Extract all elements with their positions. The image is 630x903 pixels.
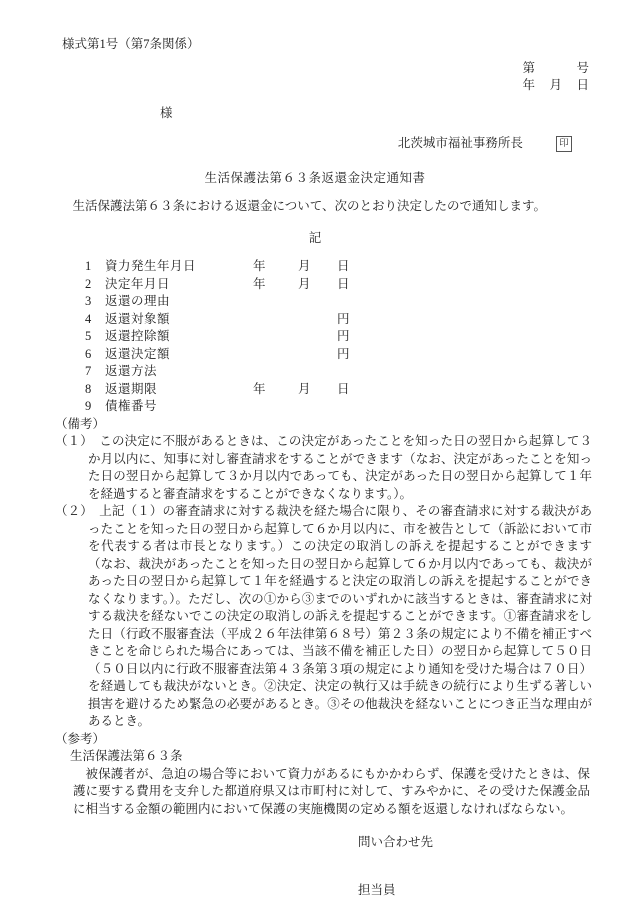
item-label: 返還期限 xyxy=(105,381,157,399)
item-label: 資力発生年月日 xyxy=(105,258,196,276)
item-day-unit: 日 xyxy=(337,381,350,399)
item-row-reason: 3 返還の理由 xyxy=(0,293,630,311)
item-label: 決定年月日 xyxy=(105,276,170,294)
document-title: 生活保護法第６３条返還金決定通知書 xyxy=(0,170,630,188)
item-day-unit: 日 xyxy=(337,276,350,294)
remark-paragraph-1: （１） この決定に不服があるときは、この決定があったことを知った日の翌日から起算… xyxy=(88,433,592,503)
document-number-line: 第 号 xyxy=(0,60,630,78)
item-row-deduction-amount: 5 返還控除額 円 xyxy=(0,328,630,346)
item-label: 返還対象額 xyxy=(105,311,170,329)
item-row-decided-amount: 6 返還決定額 円 xyxy=(0,346,630,364)
remark-paragraph-2: （２） 上記（１）の審査請求に対する裁決を経た場合に限り、その審査請求に対する裁… xyxy=(88,503,592,731)
item-number: 8 xyxy=(85,381,91,399)
item-label: 返還方法 xyxy=(105,363,157,381)
item-yen-unit: 円 xyxy=(337,311,350,329)
item-number: 6 xyxy=(85,346,91,364)
item-row-target-amount: 4 返還対象額 円 xyxy=(0,311,630,329)
item-row-method: 7 返還方法 xyxy=(0,363,630,381)
item-year-unit: 年 xyxy=(253,276,266,294)
issuer-name: 北茨城市福祉事務所長 xyxy=(398,136,523,150)
item-month-unit: 月 xyxy=(298,258,311,276)
contact-label: 問い合わせ先 xyxy=(358,834,630,852)
item-number: 5 xyxy=(85,328,91,346)
item-number: 1 xyxy=(85,258,91,276)
date-line: 年 月 日 xyxy=(0,77,630,95)
item-label: 返還決定額 xyxy=(105,346,170,364)
item-year-unit: 年 xyxy=(253,381,266,399)
item-day-unit: 日 xyxy=(337,258,350,276)
document-page: 様式第1号（第7条関係） 第 号 年 月 日 様 北茨城市福祉事務所長 印 生活… xyxy=(0,0,630,903)
item-number: 2 xyxy=(85,276,91,294)
item-month-unit: 月 xyxy=(298,276,311,294)
item-yen-unit: 円 xyxy=(337,346,350,364)
item-label: 債権番号 xyxy=(105,398,157,416)
item-number: 9 xyxy=(85,398,91,416)
item-year-unit: 年 xyxy=(253,258,266,276)
item-label: 返還控除額 xyxy=(105,328,170,346)
item-row-deadline: 8 返還期限 年 月 日 xyxy=(0,381,630,399)
reference-heading: （参考） xyxy=(55,731,630,749)
reference-law-title: 生活保護法第６３条 xyxy=(70,748,630,766)
item-row-claim-number: 9 債権番号 xyxy=(0,398,630,416)
reference-law-text: 被保護者が、急迫の場合等において資力があるにもかかわらず、保護を受けたときは、保… xyxy=(73,766,590,819)
item-label: 返還の理由 xyxy=(105,293,170,311)
staff-label: 担当員 xyxy=(358,882,630,900)
item-number: 7 xyxy=(85,363,91,381)
intro-paragraph: 生活保護法第６３条における返還金について、次のとおり決定したので通知します。 xyxy=(60,198,590,216)
item-number: 4 xyxy=(85,311,91,329)
notice-item-list: 1 資力発生年月日 年 月 日 2 決定年月日 年 月 日 3 返還の理由 4 … xyxy=(0,258,630,416)
addressee-line: 様 xyxy=(160,105,630,123)
ki-separator-label: 記 xyxy=(0,230,630,248)
item-number: 3 xyxy=(85,293,91,311)
item-row-shiryoku-date: 1 資力発生年月日 年 月 日 xyxy=(0,258,630,276)
item-yen-unit: 円 xyxy=(337,328,350,346)
item-row-decision-date: 2 決定年月日 年 月 日 xyxy=(0,276,630,294)
form-number-label: 様式第1号（第7条関係） xyxy=(62,36,630,54)
official-seal-mark: 印 xyxy=(556,136,572,152)
issuer-line: 北茨城市福祉事務所長 印 xyxy=(0,135,630,153)
item-month-unit: 月 xyxy=(298,381,311,399)
remarks-heading: （備考） xyxy=(55,416,630,434)
